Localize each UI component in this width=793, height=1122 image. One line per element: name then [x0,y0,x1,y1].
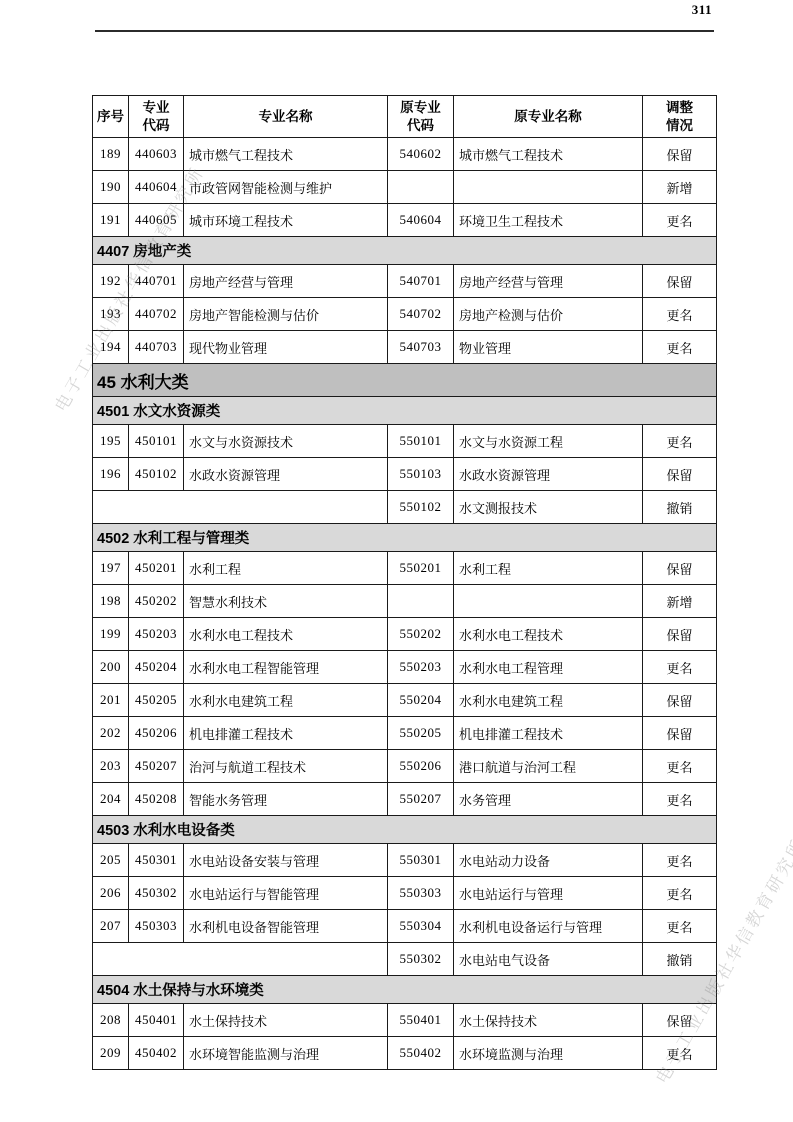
cell-status: 撤销 [643,943,717,976]
cell-seq: 192 [93,265,129,298]
cell-old-name: 水电站动力设备 [454,844,643,877]
col-header-old-name: 原专业名称 [454,96,643,138]
cell-code: 450102 [129,458,184,491]
cell-code: 440603 [129,138,184,171]
cell-status: 更名 [643,783,717,816]
cell-old-name: 水利机电设备运行与管理 [454,910,643,943]
table-row: 195450101水文与水资源技术550101水文与水资源工程更名 [93,425,717,458]
cell-old-name: 水文与水资源工程 [454,425,643,458]
cell-old-code: 550203 [388,651,454,684]
section-label: 4407 房地产类 [93,237,717,265]
cell-old-name: 水务管理 [454,783,643,816]
header-rule [95,30,714,32]
cell-seq: 190 [93,171,129,204]
table-row: 205450301水电站设备安装与管理550301水电站动力设备更名 [93,844,717,877]
col-header-status: 调整 情况 [643,96,717,138]
cell-old-name: 水利工程 [454,552,643,585]
cell-seq: 195 [93,425,129,458]
cell-seq: 201 [93,684,129,717]
cell-name: 水利水电建筑工程 [184,684,388,717]
cell-status: 更名 [643,844,717,877]
cell-status: 更名 [643,204,717,237]
cell-old-name: 港口航道与治河工程 [454,750,643,783]
cell-name: 治河与航道工程技术 [184,750,388,783]
table-row: 202450206机电排灌工程技术550205机电排灌工程技术保留 [93,717,717,750]
table-row: 200450204水利水电工程智能管理550203水利水电工程管理更名 [93,651,717,684]
table-row: 192440701房地产经营与管理540701房地产经营与管理保留 [93,265,717,298]
cell-old-code: 540703 [388,331,454,364]
table-row: 204450208智能水务管理550207水务管理更名 [93,783,717,816]
cell-seq: 189 [93,138,129,171]
cell-old-code: 550101 [388,425,454,458]
cell-status: 更名 [643,1037,717,1070]
col-header-name: 专业名称 [184,96,388,138]
cell-old-name [454,171,643,204]
section-row: 4502 水利工程与管理类 [93,524,717,552]
cell-status: 更名 [643,425,717,458]
table-row: 201450205水利水电建筑工程550204水利水电建筑工程保留 [93,684,717,717]
cell-code: 450101 [129,425,184,458]
table-row-revoked: 550102水文测报技术撤销 [93,491,717,524]
cell-old-code: 550201 [388,552,454,585]
cell-status: 更名 [643,331,717,364]
cell-name: 水电站运行与智能管理 [184,877,388,910]
cell-name: 水利工程 [184,552,388,585]
cell-name: 房地产智能检测与估价 [184,298,388,331]
cell-seq: 209 [93,1037,129,1070]
cell-name: 智慧水利技术 [184,585,388,618]
cell-status: 新增 [643,171,717,204]
cell-old-code: 540604 [388,204,454,237]
cell-code: 450201 [129,552,184,585]
cell-name: 智能水务管理 [184,783,388,816]
cell-old-code: 550202 [388,618,454,651]
cell-old-code: 540702 [388,298,454,331]
table-row: 189440603城市燃气工程技术540602城市燃气工程技术保留 [93,138,717,171]
cell-old-name: 机电排灌工程技术 [454,717,643,750]
cell-code: 450301 [129,844,184,877]
cell-old-name: 房地产检测与估价 [454,298,643,331]
cell-seq: 206 [93,877,129,910]
page-number: 311 [692,2,712,18]
cell-status: 更名 [643,750,717,783]
cell-old-code: 550301 [388,844,454,877]
table-row: 208450401水土保持技术550401水土保持技术保留 [93,1004,717,1037]
cell-name: 水环境智能监测与治理 [184,1037,388,1070]
section-row: 4504 水土保持与水环境类 [93,976,717,1004]
section-row: 4407 房地产类 [93,237,717,265]
section-label: 4501 水文水资源类 [93,397,717,425]
cell-status: 保留 [643,618,717,651]
cell-name: 机电排灌工程技术 [184,717,388,750]
section-label: 4504 水土保持与水环境类 [93,976,717,1004]
table-row: 198450202智慧水利技术新增 [93,585,717,618]
cell-name: 水利水电工程技术 [184,618,388,651]
cell-status: 更名 [643,651,717,684]
cell-status: 更名 [643,298,717,331]
cell-seq: 199 [93,618,129,651]
cell-code: 450303 [129,910,184,943]
table-row: 209450402水环境智能监测与治理550402水环境监测与治理更名 [93,1037,717,1070]
cell-old-name: 水政水资源管理 [454,458,643,491]
table-row: 207450303水利机电设备智能管理550304水利机电设备运行与管理更名 [93,910,717,943]
cell-name: 现代物业管理 [184,331,388,364]
cell-old-name: 城市燃气工程技术 [454,138,643,171]
cell-name: 城市环境工程技术 [184,204,388,237]
table-header: 序号 专业 代码 专业名称 原专业 代码 原专业名称 调整 情况 [93,96,717,138]
table-row-revoked: 550302水电站电气设备撤销 [93,943,717,976]
cell-seq: 196 [93,458,129,491]
cell-name: 房地产经营与管理 [184,265,388,298]
cell-code: 450203 [129,618,184,651]
cell-seq: 200 [93,651,129,684]
cell-old-code [388,171,454,204]
cell-empty-merged [93,943,388,976]
cell-old-code: 550204 [388,684,454,717]
spec-table-body: 189440603城市燃气工程技术540602城市燃气工程技术保留1904406… [93,138,717,1070]
cell-old-name: 环境卫生工程技术 [454,204,643,237]
cell-code: 450204 [129,651,184,684]
cell-code: 450202 [129,585,184,618]
major-code-table: 序号 专业 代码 专业名称 原专业 代码 原专业名称 调整 情况 1894406… [92,95,717,1070]
cell-code: 450207 [129,750,184,783]
cell-old-name: 水电站运行与管理 [454,877,643,910]
cell-status: 保留 [643,265,717,298]
cell-seq: 198 [93,585,129,618]
cell-status: 新增 [643,585,717,618]
cell-name: 市政管网智能检测与维护 [184,171,388,204]
cell-code: 450206 [129,717,184,750]
cell-code: 440702 [129,298,184,331]
cell-status: 保留 [643,684,717,717]
cell-old-name: 水土保持技术 [454,1004,643,1037]
table-row: 203450207治河与航道工程技术550206港口航道与治河工程更名 [93,750,717,783]
cell-old-code: 550103 [388,458,454,491]
cell-old-code: 540701 [388,265,454,298]
cell-seq: 193 [93,298,129,331]
cell-old-name: 水利水电工程管理 [454,651,643,684]
table-row: 196450102水政水资源管理550103水政水资源管理保留 [93,458,717,491]
cell-old-code: 550402 [388,1037,454,1070]
cell-seq: 202 [93,717,129,750]
table-row: 206450302水电站运行与智能管理550303水电站运行与管理更名 [93,877,717,910]
cell-code: 450208 [129,783,184,816]
cell-old-name: 物业管理 [454,331,643,364]
cell-old-code: 540602 [388,138,454,171]
cell-code: 450402 [129,1037,184,1070]
table-header-row: 序号 专业 代码 专业名称 原专业 代码 原专业名称 调整 情况 [93,96,717,138]
table-row: 197450201水利工程550201水利工程保留 [93,552,717,585]
cell-old-name: 水环境监测与治理 [454,1037,643,1070]
col-header-code: 专业 代码 [129,96,184,138]
cell-status: 更名 [643,877,717,910]
cell-seq: 194 [93,331,129,364]
cell-name: 水土保持技术 [184,1004,388,1037]
section-row: 4503 水利水电设备类 [93,816,717,844]
cell-old-code: 550304 [388,910,454,943]
table-row: 191440605城市环境工程技术540604环境卫生工程技术更名 [93,204,717,237]
cell-code: 450302 [129,877,184,910]
col-header-seq: 序号 [93,96,129,138]
cell-seq: 205 [93,844,129,877]
section-row: 4501 水文水资源类 [93,397,717,425]
cell-seq: 207 [93,910,129,943]
section-label: 4502 水利工程与管理类 [93,524,717,552]
cell-seq: 191 [93,204,129,237]
cell-old-name: 水文测报技术 [454,491,643,524]
cell-status: 保留 [643,458,717,491]
cell-old-code: 550102 [388,491,454,524]
cell-status: 保留 [643,138,717,171]
cell-status: 保留 [643,1004,717,1037]
table-row: 199450203水利水电工程技术550202水利水电工程技术保留 [93,618,717,651]
cell-seq: 203 [93,750,129,783]
cell-old-code: 550207 [388,783,454,816]
cell-old-code: 550302 [388,943,454,976]
cell-name: 水利机电设备智能管理 [184,910,388,943]
cell-code: 450205 [129,684,184,717]
table-row: 190440604市政管网智能检测与维护新增 [93,171,717,204]
cell-status: 更名 [643,910,717,943]
cell-status: 保留 [643,717,717,750]
cell-seq: 204 [93,783,129,816]
cell-old-code: 550206 [388,750,454,783]
cell-old-code [388,585,454,618]
cell-old-name: 水利水电建筑工程 [454,684,643,717]
cell-name: 城市燃气工程技术 [184,138,388,171]
section-label: 4503 水利水电设备类 [93,816,717,844]
cell-old-code: 550401 [388,1004,454,1037]
cell-name: 水文与水资源技术 [184,425,388,458]
cell-seq: 197 [93,552,129,585]
cell-old-name: 房地产经营与管理 [454,265,643,298]
section-row: 45 水利大类 [93,364,717,397]
cell-old-name: 水电站电气设备 [454,943,643,976]
cell-empty-merged [93,491,388,524]
table-row: 193440702房地产智能检测与估价540702房地产检测与估价更名 [93,298,717,331]
cell-status: 保留 [643,552,717,585]
cell-code: 440604 [129,171,184,204]
cell-old-name [454,585,643,618]
cell-name: 水利水电工程智能管理 [184,651,388,684]
cell-name: 水电站设备安装与管理 [184,844,388,877]
cell-name: 水政水资源管理 [184,458,388,491]
section-label: 45 水利大类 [93,364,717,397]
cell-status: 撤销 [643,491,717,524]
cell-code: 440703 [129,331,184,364]
cell-code: 440605 [129,204,184,237]
cell-code: 440701 [129,265,184,298]
cell-old-code: 550205 [388,717,454,750]
cell-old-code: 550303 [388,877,454,910]
cell-seq: 208 [93,1004,129,1037]
cell-old-name: 水利水电工程技术 [454,618,643,651]
table-row: 194440703现代物业管理540703物业管理更名 [93,331,717,364]
cell-code: 450401 [129,1004,184,1037]
col-header-old-code: 原专业 代码 [388,96,454,138]
